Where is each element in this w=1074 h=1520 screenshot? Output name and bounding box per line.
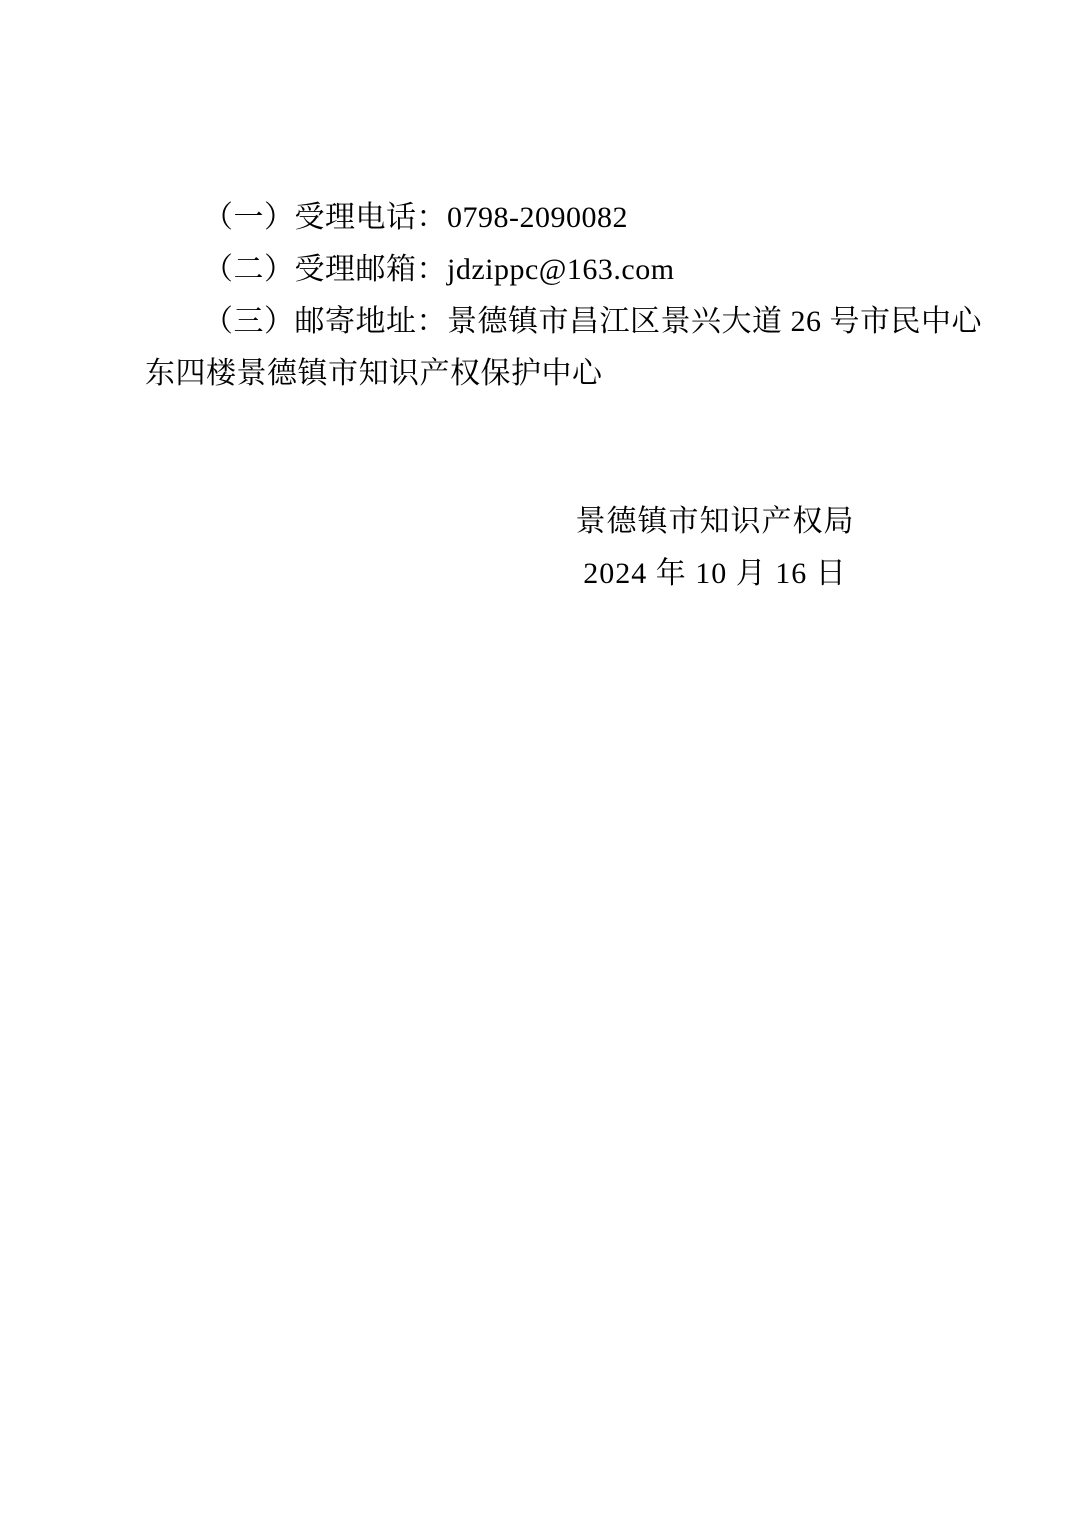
- issuer-name: 景德镇市知识产权局: [485, 496, 945, 548]
- document-page: （一）受理电话：0798-2090082 （二）受理邮箱：jdzippc@163…: [0, 0, 1074, 1520]
- mailing-address-line-2: 东四楼景德镇市知识产权保护中心: [145, 348, 946, 400]
- contact-phone-line: （一）受理电话：0798-2090082: [145, 192, 946, 244]
- document-body: （一）受理电话：0798-2090082 （二）受理邮箱：jdzippc@163…: [0, 0, 946, 600]
- issue-date: 2024 年 10 月 16 日: [485, 548, 945, 600]
- contact-email-line: （二）受理邮箱：jdzippc@163.com: [145, 244, 946, 296]
- signature-block: 景德镇市知识产权局 2024 年 10 月 16 日: [485, 496, 945, 600]
- mailing-address-line-1: （三）邮寄地址：景德镇市昌江区景兴大道 26 号市民中心: [145, 296, 946, 348]
